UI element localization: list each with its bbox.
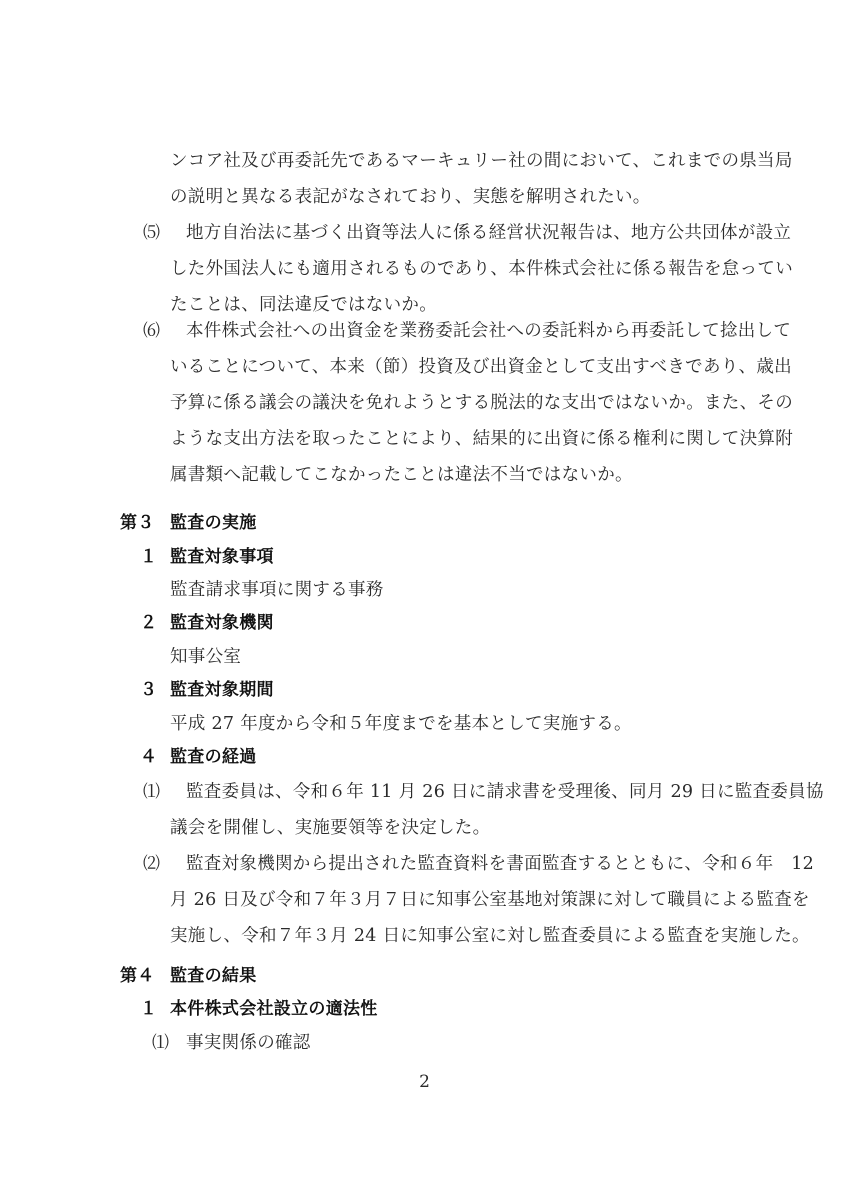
section-number: 第４ <box>120 965 155 987</box>
paragraph-line: たことは、同法違反ではないか。 <box>170 294 437 316</box>
paragraph-line: 属書類へ記載してこなかったことは違法不当ではないか。 <box>170 464 633 486</box>
subsection-body: 知事公室 <box>170 646 241 668</box>
item-text: 事実関係の確認 <box>186 1032 311 1054</box>
item-marker: ⑴ <box>152 1032 169 1054</box>
paragraph-line: いることについて、本来（節）投資及び出資金として支出すべきであり、歳出 <box>170 356 792 378</box>
subsection-number: ３ <box>140 679 157 701</box>
subsection-title: 監査対象期間 <box>170 679 274 701</box>
subsection-title: 監査の経過 <box>170 746 257 768</box>
paragraph-line: した外国法人にも適用されるものであり、本件株式会社に係る報告を怠ってい <box>170 258 793 280</box>
subsection-body: 監査請求事項に関する事務 <box>170 579 384 601</box>
paragraph-line: 実施し、令和７年３月 24 日に知事公室に対し監査委員による監査を実施した。 <box>170 925 810 947</box>
subsection-title: 監査対象機関 <box>170 612 274 634</box>
paragraph-line: ような支出方法を取ったことにより、結果的に出資に係る権利に関して決算附 <box>170 428 793 450</box>
section-number: 第３ <box>120 512 155 534</box>
item-marker: ⑴ <box>143 781 160 803</box>
item-marker: ⑸ <box>143 222 160 244</box>
page-number: 2 <box>0 1072 849 1092</box>
subsection-title: 本件株式会社設立の適法性 <box>170 998 378 1020</box>
item-marker: ⑵ <box>143 853 160 875</box>
paragraph-line: 本件株式会社への出資金を業務委託会社への委託料から再委託して捻出して <box>186 320 791 342</box>
paragraph-line: の説明と異なる表記がなされており、実態を解明されたい。 <box>170 186 651 208</box>
paragraph-line: ンコア社及び再委託先であるマーキュリー社の間において、これまでの県当局 <box>170 150 793 172</box>
paragraph-line: 監査委員は、令和６年 11 月 26 日に請求書を受理後、同月 29 日に監査委… <box>186 781 824 803</box>
subsection-title: 監査対象事項 <box>170 546 274 568</box>
subsection-body: 平成 27 年度から令和５年度までを基本として実施する。 <box>170 713 632 735</box>
subsection-number: １ <box>140 546 157 568</box>
paragraph-line: 議会を開催し、実施要領等を決定した。 <box>170 817 490 839</box>
paragraph-line: 地方自治法に基づく出資等法人に係る経営状況報告は、地方公共団体が設立 <box>186 222 791 244</box>
paragraph-line: 予算に係る議会の議決を免れようとする脱法的な支出ではないか。また、その <box>170 392 793 414</box>
subsection-number: ４ <box>140 746 157 768</box>
paragraph-line: 監査対象機関から提出された監査資料を書面監査するとともに、令和６年 12 <box>186 853 814 875</box>
section-title: 監査の結果 <box>170 965 257 987</box>
paragraph-line: 月 26 日及び令和７年３月７日に知事公室基地対策課に対して職員による監査を <box>170 889 810 911</box>
subsection-number: ２ <box>140 612 157 634</box>
subsection-number: １ <box>140 998 157 1020</box>
section-title: 監査の実施 <box>170 512 257 534</box>
item-marker: ⑹ <box>143 320 160 342</box>
